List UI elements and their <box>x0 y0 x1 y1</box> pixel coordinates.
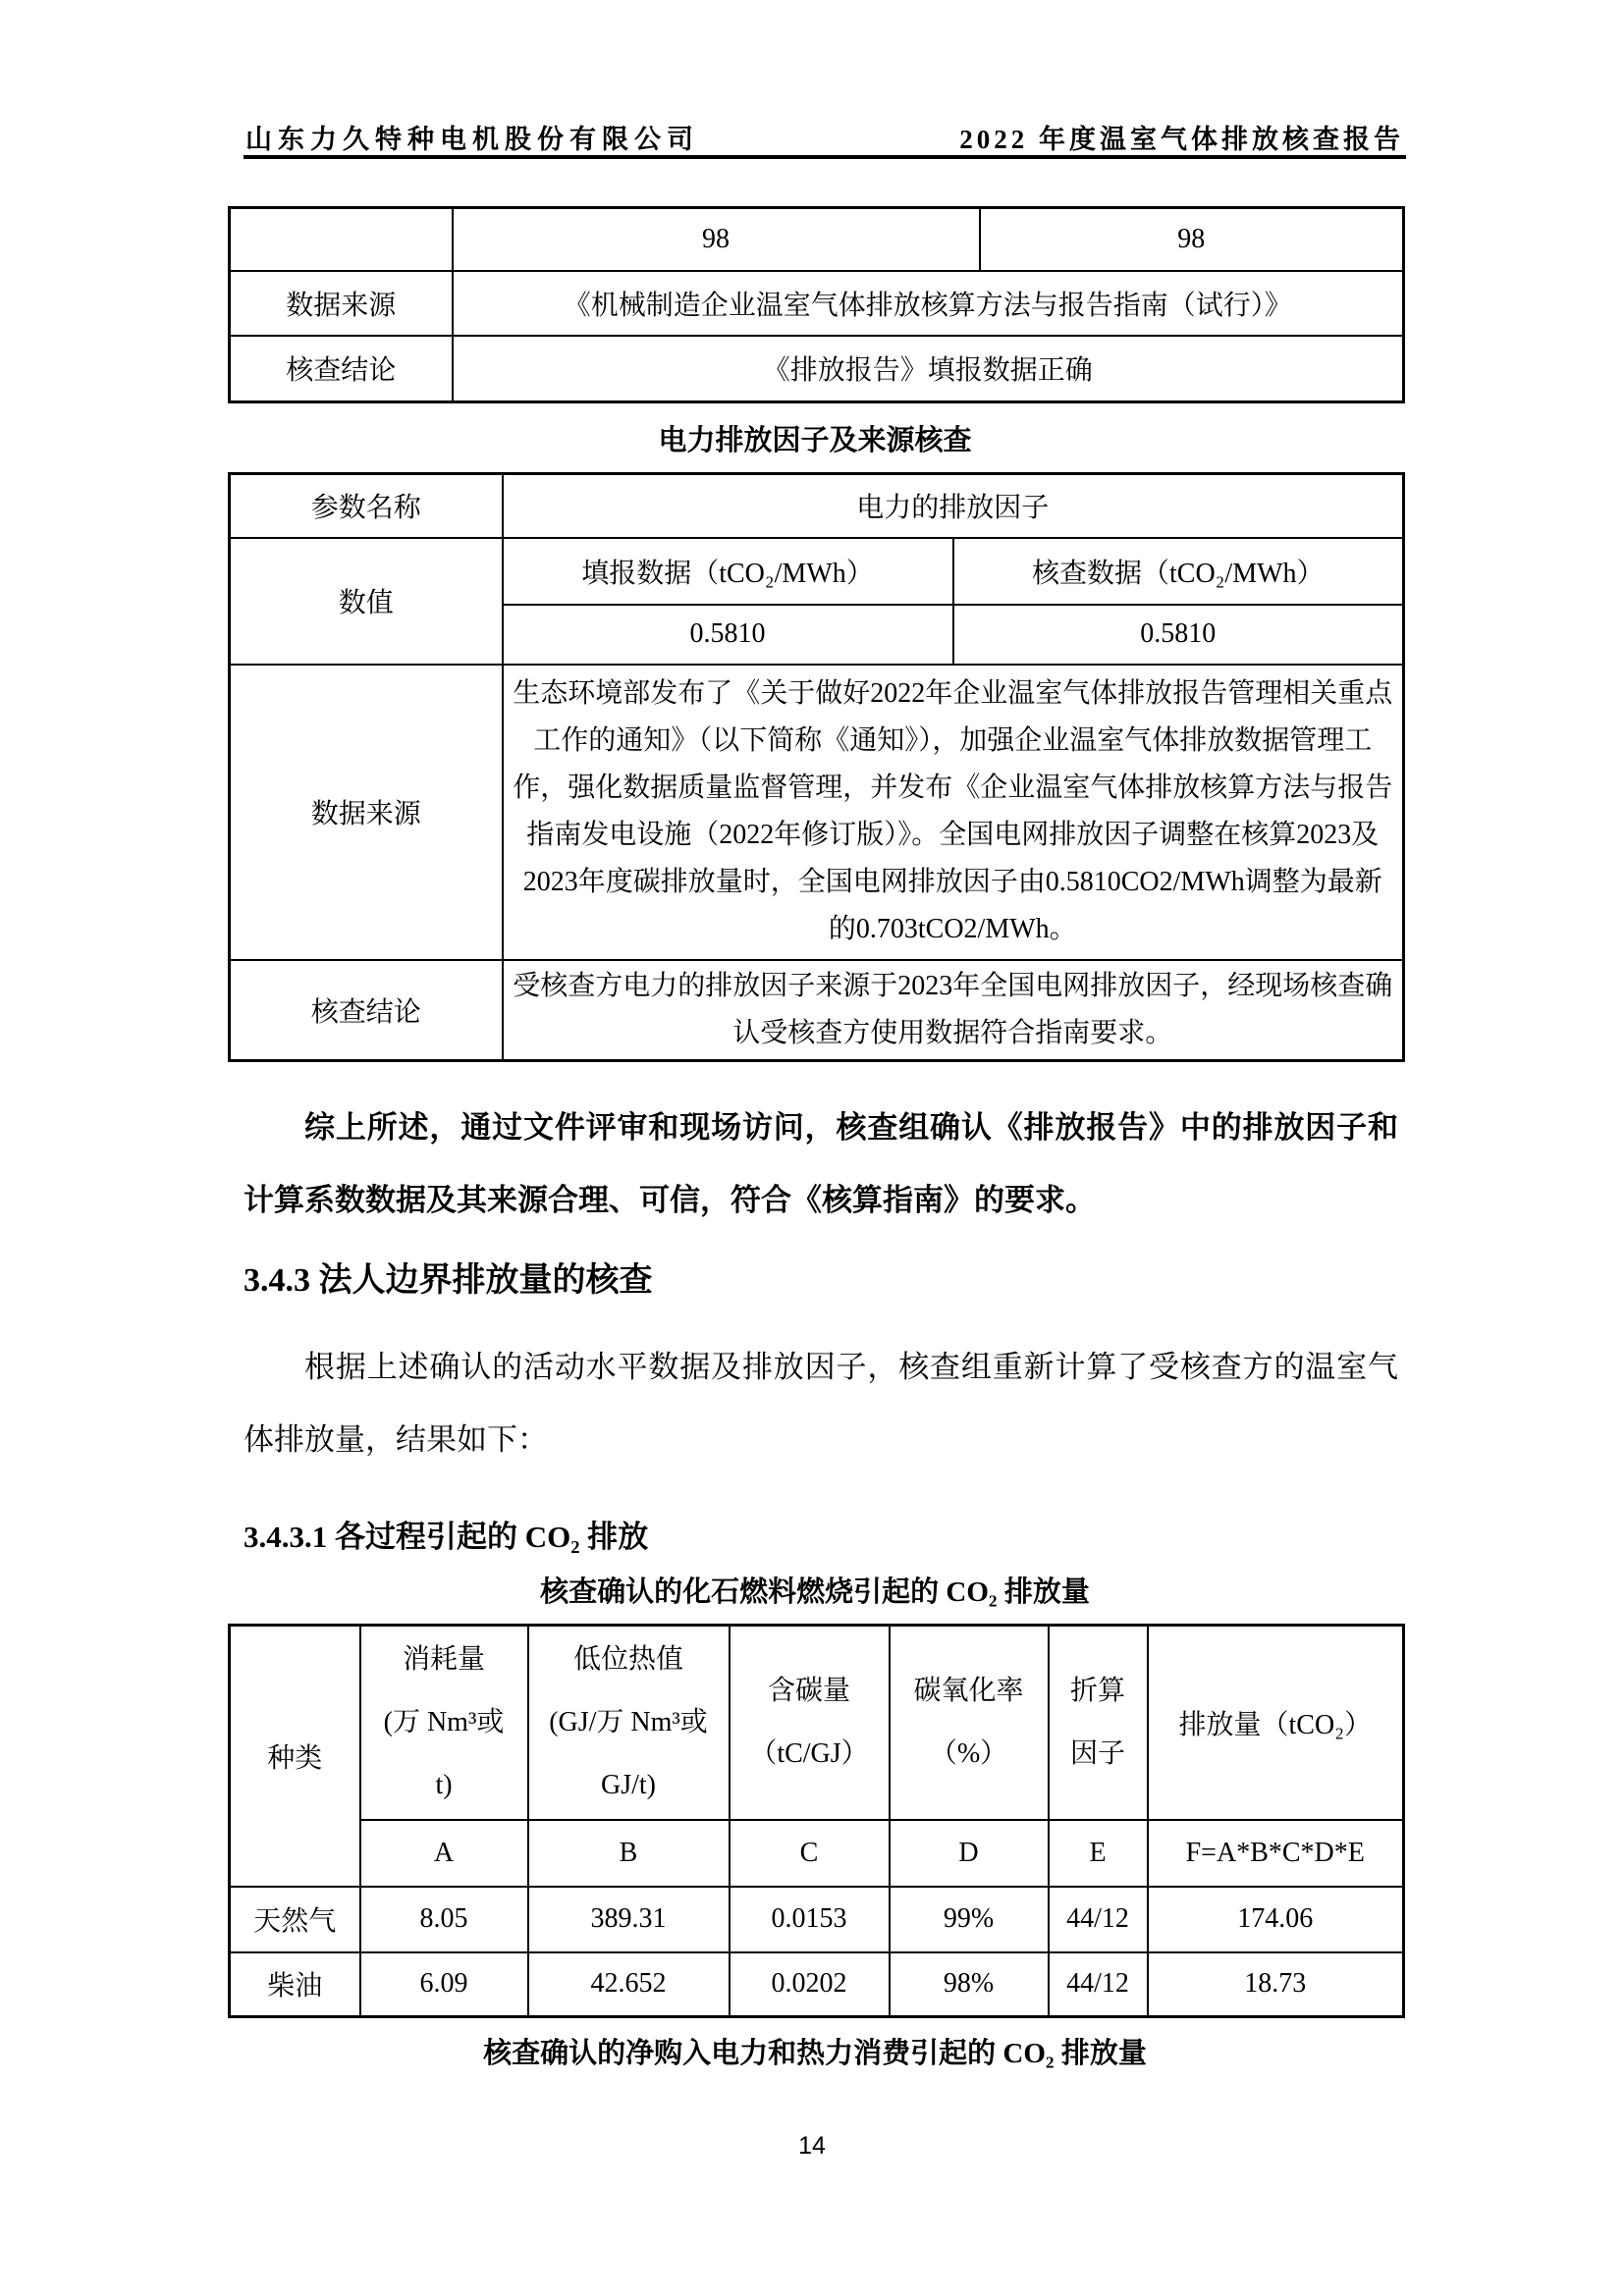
verified-factor-value: 0.5810 <box>953 605 1404 665</box>
data-source-label: 数据来源 <box>230 271 453 336</box>
param-name-header: 参数名称 <box>230 474 503 538</box>
fossil-fuel-table: 种类 消耗量 (万 Nm³或 t) 低位热值 (GJ/万 Nm³或 GJ/t) … <box>228 1624 1405 2019</box>
col-header-consumption: 消耗量 (万 Nm³或 t) <box>360 1625 528 1820</box>
elec-factor-table: 参数名称 电力的排放因子 数值 填报数据（tCO₂/MWh） 核查数据（tCO₂… <box>228 472 1405 1062</box>
value-f: 174.06 <box>1148 1887 1404 1952</box>
value-d: 98% <box>890 1952 1049 2017</box>
value-f: 18.73 <box>1148 1952 1404 2017</box>
page-number: 14 <box>0 2132 1624 2161</box>
reported-value-cell: 98 <box>453 208 980 271</box>
col-header-emission: 排放量（tCO₂） <box>1148 1625 1404 1820</box>
value-a: 6.09 <box>360 1952 528 2017</box>
formula-e: E <box>1049 1820 1148 1887</box>
header-rule <box>244 155 1406 159</box>
formula-a: A <box>360 1820 528 1887</box>
verified-data-header: 核查数据（tCO₂/MWh） <box>953 538 1404 605</box>
value-d: 99% <box>890 1887 1049 1952</box>
formula-row: A B C D E F=A*B*C*D*E <box>230 1820 1404 1887</box>
formula-c: C <box>730 1820 890 1887</box>
summary-paragraph: 综上所述，通过文件评审和现场访问，核查组确认《排放报告》中的排放因子和计算系数数… <box>228 1092 1402 1237</box>
table-row-natural-gas: 天然气 8.05 389.31 0.0153 99% 44/12 174.06 <box>230 1887 1404 1952</box>
table-row: 核查结论 《排放报告》填报数据正确 <box>230 336 1404 402</box>
verification-table-continuation: 98 98 数据来源 《机械制造企业温室气体排放核算方法与报告指南（试行）》 核… <box>228 206 1405 403</box>
value-a: 8.05 <box>360 1887 528 1952</box>
empty-cell <box>230 208 453 271</box>
table-row: 98 98 <box>230 208 1404 271</box>
data-source-value: 《机械制造企业温室气体排放核算方法与报告指南（试行）》 <box>453 271 1404 336</box>
col-header-ncv: 低位热值 (GJ/万 Nm³或 GJ/t) <box>528 1625 730 1820</box>
reported-factor-value: 0.5810 <box>503 605 953 665</box>
value-b: 42.652 <box>528 1952 730 2017</box>
section-3431-heading: 3.4.3.1 各过程引起的 CO₂ 排放 <box>228 1516 1402 1559</box>
table-row-diesel: 柴油 6.09 42.652 0.0202 98% 44/12 18.73 <box>230 1952 1404 2017</box>
value-c: 0.0153 <box>730 1887 890 1952</box>
table-row: 数据来源 生态环境部发布了《关于做好2022年企业温室气体排放报告管理相关重点工… <box>230 665 1404 960</box>
value-e: 44/12 <box>1049 1952 1148 2017</box>
value-label: 数值 <box>230 538 503 665</box>
conclusion-paragraph: 受核查方电力的排放因子来源于2023年全国电网排放因子，经现场核查确认受核查方使… <box>503 960 1404 1061</box>
header-report-title: 2022 年度温室气体排放核查报告 <box>959 118 1404 156</box>
fuel-type: 柴油 <box>230 1952 360 2017</box>
col-header-carbon-content: 含碳量 （tC/GJ） <box>730 1625 890 1820</box>
document-page: 山东力久特种电机股份有限公司 2022 年度温室气体排放核查报告 98 98 数… <box>0 0 1624 2296</box>
elec-heat-table-title: 核查确认的净购入电力和热力消费引起的 CO₂ 排放量 <box>228 2034 1402 2073</box>
param-value-header: 电力的排放因子 <box>503 474 1404 538</box>
value-c: 0.0202 <box>730 1952 890 2017</box>
formula-d: D <box>890 1820 1049 1887</box>
table-header-row: 种类 消耗量 (万 Nm³或 t) 低位热值 (GJ/万 Nm³或 GJ/t) … <box>230 1625 1404 1820</box>
table-row: 核查结论 受核查方电力的排放因子来源于2023年全国电网排放因子，经现场核查确认… <box>230 960 1404 1061</box>
formula-f: F=A*B*C*D*E <box>1148 1820 1404 1887</box>
value-e: 44/12 <box>1049 1887 1148 1952</box>
fossil-table-title: 核查确认的化石燃料燃烧引起的 CO₂ 排放量 <box>228 1573 1402 1612</box>
section-343-paragraph: 根据上述确认的活动水平数据及排放因子，核查组重新计算了受核查方的温室气体排放量，… <box>228 1331 1402 1476</box>
conclusion-label: 核查结论 <box>230 336 453 402</box>
table-row: 数值 填报数据（tCO₂/MWh） 核查数据（tCO₂/MWh） <box>230 538 1404 605</box>
table-row: 数据来源 《机械制造企业温室气体排放核算方法与报告指南（试行）》 <box>230 271 1404 336</box>
reported-data-header: 填报数据（tCO₂/MWh） <box>503 538 953 605</box>
table-row: 参数名称 电力的排放因子 <box>230 474 1404 538</box>
value-b: 389.31 <box>528 1887 730 1952</box>
conclusion-label: 核查结论 <box>230 960 503 1061</box>
col-header-oxidation-rate: 碳氧化率 （%） <box>890 1625 1049 1820</box>
data-source-paragraph: 生态环境部发布了《关于做好2022年企业温室气体排放报告管理相关重点工作的通知》… <box>503 665 1404 960</box>
conclusion-value: 《排放报告》填报数据正确 <box>453 336 1404 402</box>
page-content: 98 98 数据来源 《机械制造企业温室气体排放核算方法与报告指南（试行）》 核… <box>228 206 1402 2085</box>
section-343-heading: 3.4.3 法人边界排放量的核查 <box>228 1258 1402 1304</box>
elec-factor-table-title: 电力排放因子及来源核查 <box>228 421 1402 460</box>
formula-b: B <box>528 1820 730 1887</box>
verified-value-cell: 98 <box>980 208 1404 271</box>
col-header-conversion-factor: 折算 因子 <box>1049 1625 1148 1820</box>
data-source-label: 数据来源 <box>230 665 503 960</box>
header-company-name: 山东力久特种电机股份有限公司 <box>245 118 699 156</box>
col-header-type: 种类 <box>230 1625 360 1887</box>
fuel-type: 天然气 <box>230 1887 360 1952</box>
